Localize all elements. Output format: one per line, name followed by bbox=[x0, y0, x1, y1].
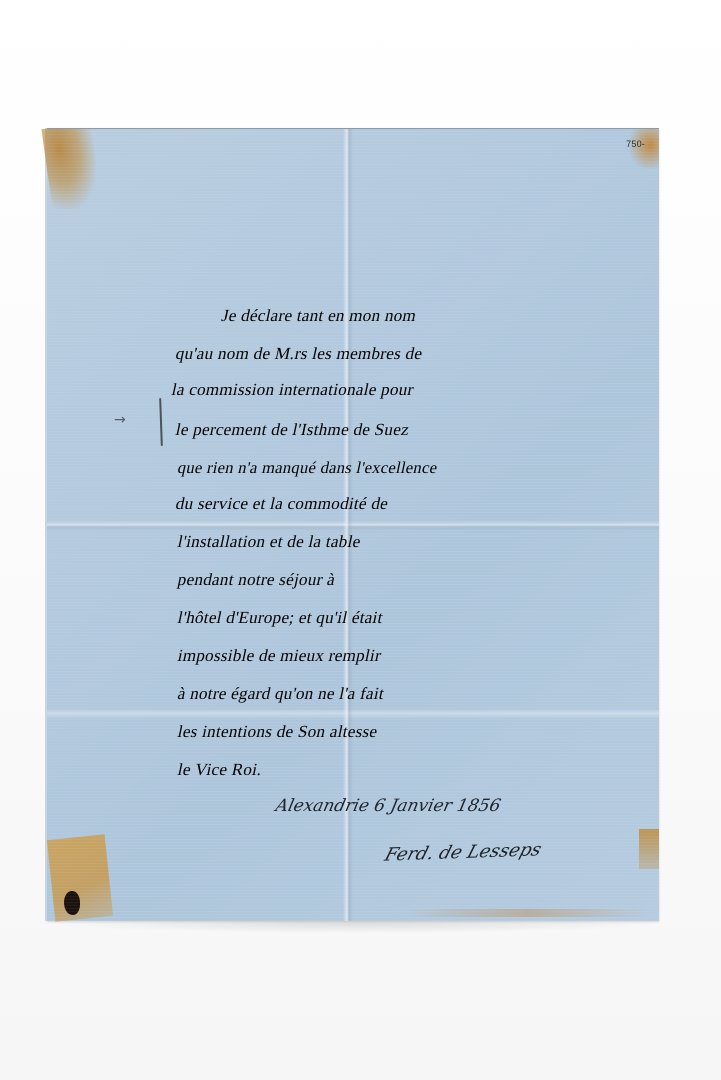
margin-arrow-icon: → bbox=[114, 412, 126, 428]
letter-line-1: Je déclare tant en mon nom bbox=[220, 306, 419, 326]
rust-stain-top-right bbox=[629, 129, 659, 169]
letter-line-4: le percement de l'Isthme de Suez bbox=[174, 420, 411, 440]
paper-hole bbox=[64, 891, 80, 915]
foxing-stain-bottom bbox=[407, 909, 647, 917]
letter-line-8: pendant notre séjour à bbox=[176, 570, 337, 590]
letter-line-7: l'installation et de la table bbox=[176, 532, 363, 552]
photograph-stage: 750- → Je déclare tant en mon nom qu'au … bbox=[0, 0, 721, 1080]
letter-line-3-text: la commission internationale pour bbox=[170, 380, 416, 399]
rust-stain-bottom-right bbox=[639, 829, 659, 869]
letter-line-10: impossible de mieux remplir bbox=[176, 646, 383, 666]
letter-line-2: qu'au nom de M.rs les membres de bbox=[174, 344, 425, 364]
letter-line-9: l'hôtel d'Europe; et qu'il était bbox=[176, 608, 385, 628]
letter-line-12: les intentions de Son altesse bbox=[176, 722, 380, 742]
letter-line-13: le Vice Roi. bbox=[176, 760, 264, 780]
letter-dateline: Alexandrie 6 Janvier 1856 bbox=[274, 796, 503, 816]
archive-number: 750- bbox=[626, 139, 645, 149]
letter-line-6: du service et la commodité de bbox=[174, 494, 390, 514]
tape-stain-bottom-left bbox=[47, 834, 113, 922]
letter-line-11: à notre égard qu'on ne l'a fait bbox=[176, 684, 386, 704]
letter-line-3: la commission internationale pour bbox=[170, 380, 416, 400]
letter-line-5: que rien n'a manqué dans l'excellence bbox=[176, 458, 440, 478]
rust-stain-top-left bbox=[41, 129, 102, 209]
